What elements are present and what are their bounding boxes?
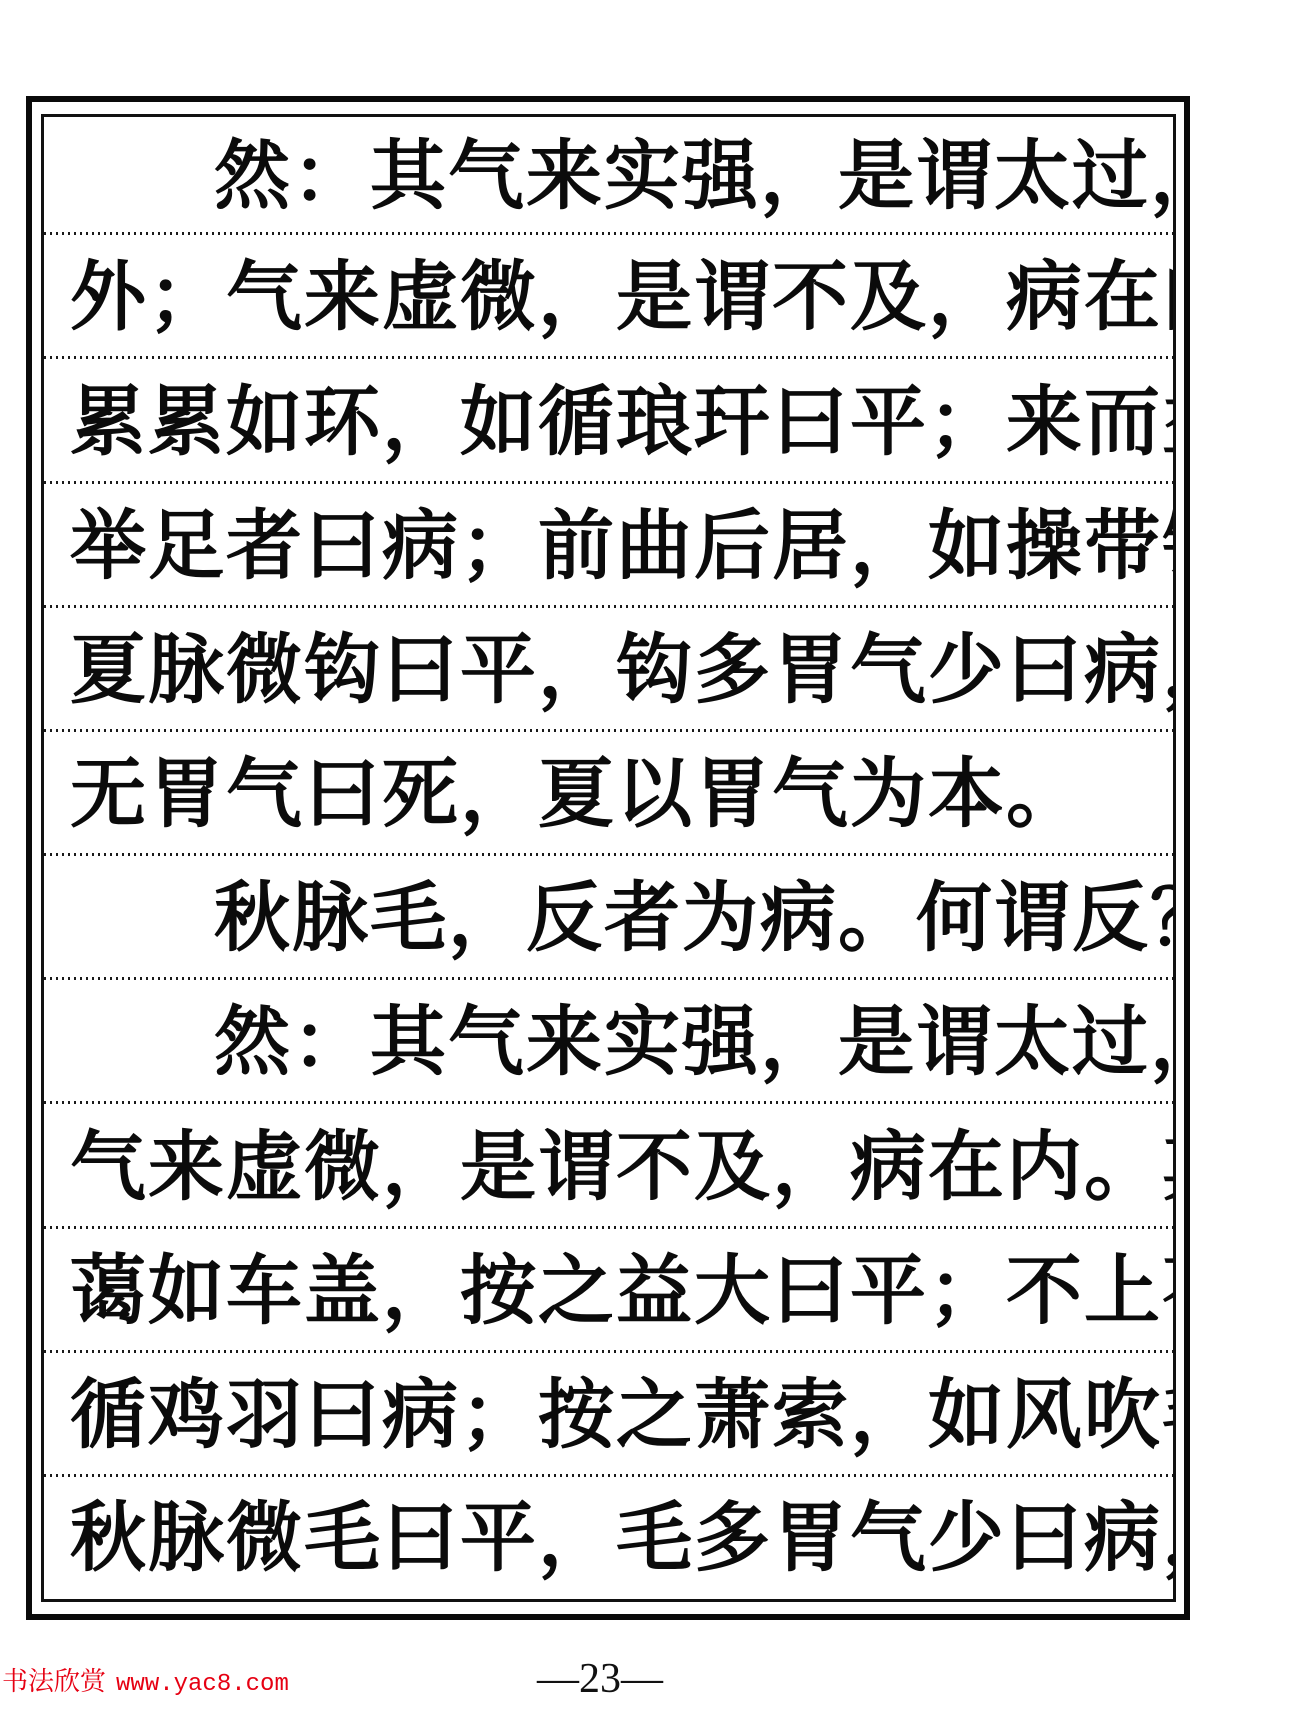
calligraphy-line: 无胃气曰死，夏以胃气为本。 [44, 756, 1084, 832]
writing-row-5: 夏脉微钩曰平，钩多胃气少曰病，但钩 [44, 608, 1173, 732]
calligraphy-line: 外；气来虚微，是谓不及，病在内。其脉来 [44, 259, 1173, 335]
calligraphy-line: 循鸡羽曰病；按之萧索，如风吹毛曰死。 [44, 1377, 1173, 1453]
calligraphy-line: 累累如环，如循琅玕曰平；来而益数，如鸡 [44, 384, 1173, 460]
writing-row-1: 然：其气来实强，是谓太过，病在 [44, 117, 1173, 235]
writing-row-8: 然：其气来实强，是谓太过，病在外； [44, 980, 1173, 1104]
writing-grid: 然：其气来实强，是谓太过，病在 外；气来虚微，是谓不及，病在内。其脉来 累累如环… [41, 114, 1176, 1602]
writing-row-12: 秋脉微毛曰平，毛多胃气少曰病，但毛 [44, 1477, 1173, 1599]
writing-row-6: 无胃气曰死，夏以胃气为本。 [44, 732, 1173, 856]
writing-row-10: 蔼如车盖，按之益大曰平；不上不下，如 [44, 1229, 1173, 1353]
calligraphy-line: 气来虚微，是谓不及，病在内。其脉来蔼 [44, 1129, 1173, 1205]
calligraphy-line: 夏脉微钩曰平，钩多胃气少曰病，但钩 [44, 632, 1173, 708]
writing-row-4: 举足者曰病；前曲后居，如操带钩曰死。 [44, 484, 1173, 608]
calligraphy-line: 秋脉微毛曰平，毛多胃气少曰病，但毛 [44, 1500, 1173, 1576]
watermark-url: www.yac8.com [116, 1671, 289, 1698]
writing-row-3: 累累如环，如循琅玕曰平；来而益数，如鸡 [44, 359, 1173, 484]
writing-row-7: 秋脉毛，反者为病。何谓反？ [44, 856, 1173, 980]
site-watermark: 书法欣赏www.yac8.com [2, 1661, 289, 1698]
calligraphy-line: 然：其气来实强，是谓太过，病在 [44, 138, 1173, 214]
writing-row-11: 循鸡羽曰病；按之萧索，如风吹毛曰死。 [44, 1353, 1173, 1477]
calligraphy-line: 然：其气来实强，是谓太过，病在外； [44, 1004, 1173, 1080]
writing-row-2: 外；气来虚微，是谓不及，病在内。其脉来 [44, 235, 1173, 359]
calligraphy-line: 秋脉毛，反者为病。何谓反？ [44, 880, 1173, 956]
page-number: —23— [537, 1655, 657, 1703]
calligraphy-line: 蔼如车盖，按之益大曰平；不上不下，如 [44, 1253, 1173, 1329]
writing-row-9: 气来虚微，是谓不及，病在内。其脉来蔼 [44, 1104, 1173, 1229]
calligraphy-line: 举足者曰病；前曲后居，如操带钩曰死。 [44, 508, 1173, 584]
watermark-label: 书法欣赏 [2, 1667, 106, 1696]
